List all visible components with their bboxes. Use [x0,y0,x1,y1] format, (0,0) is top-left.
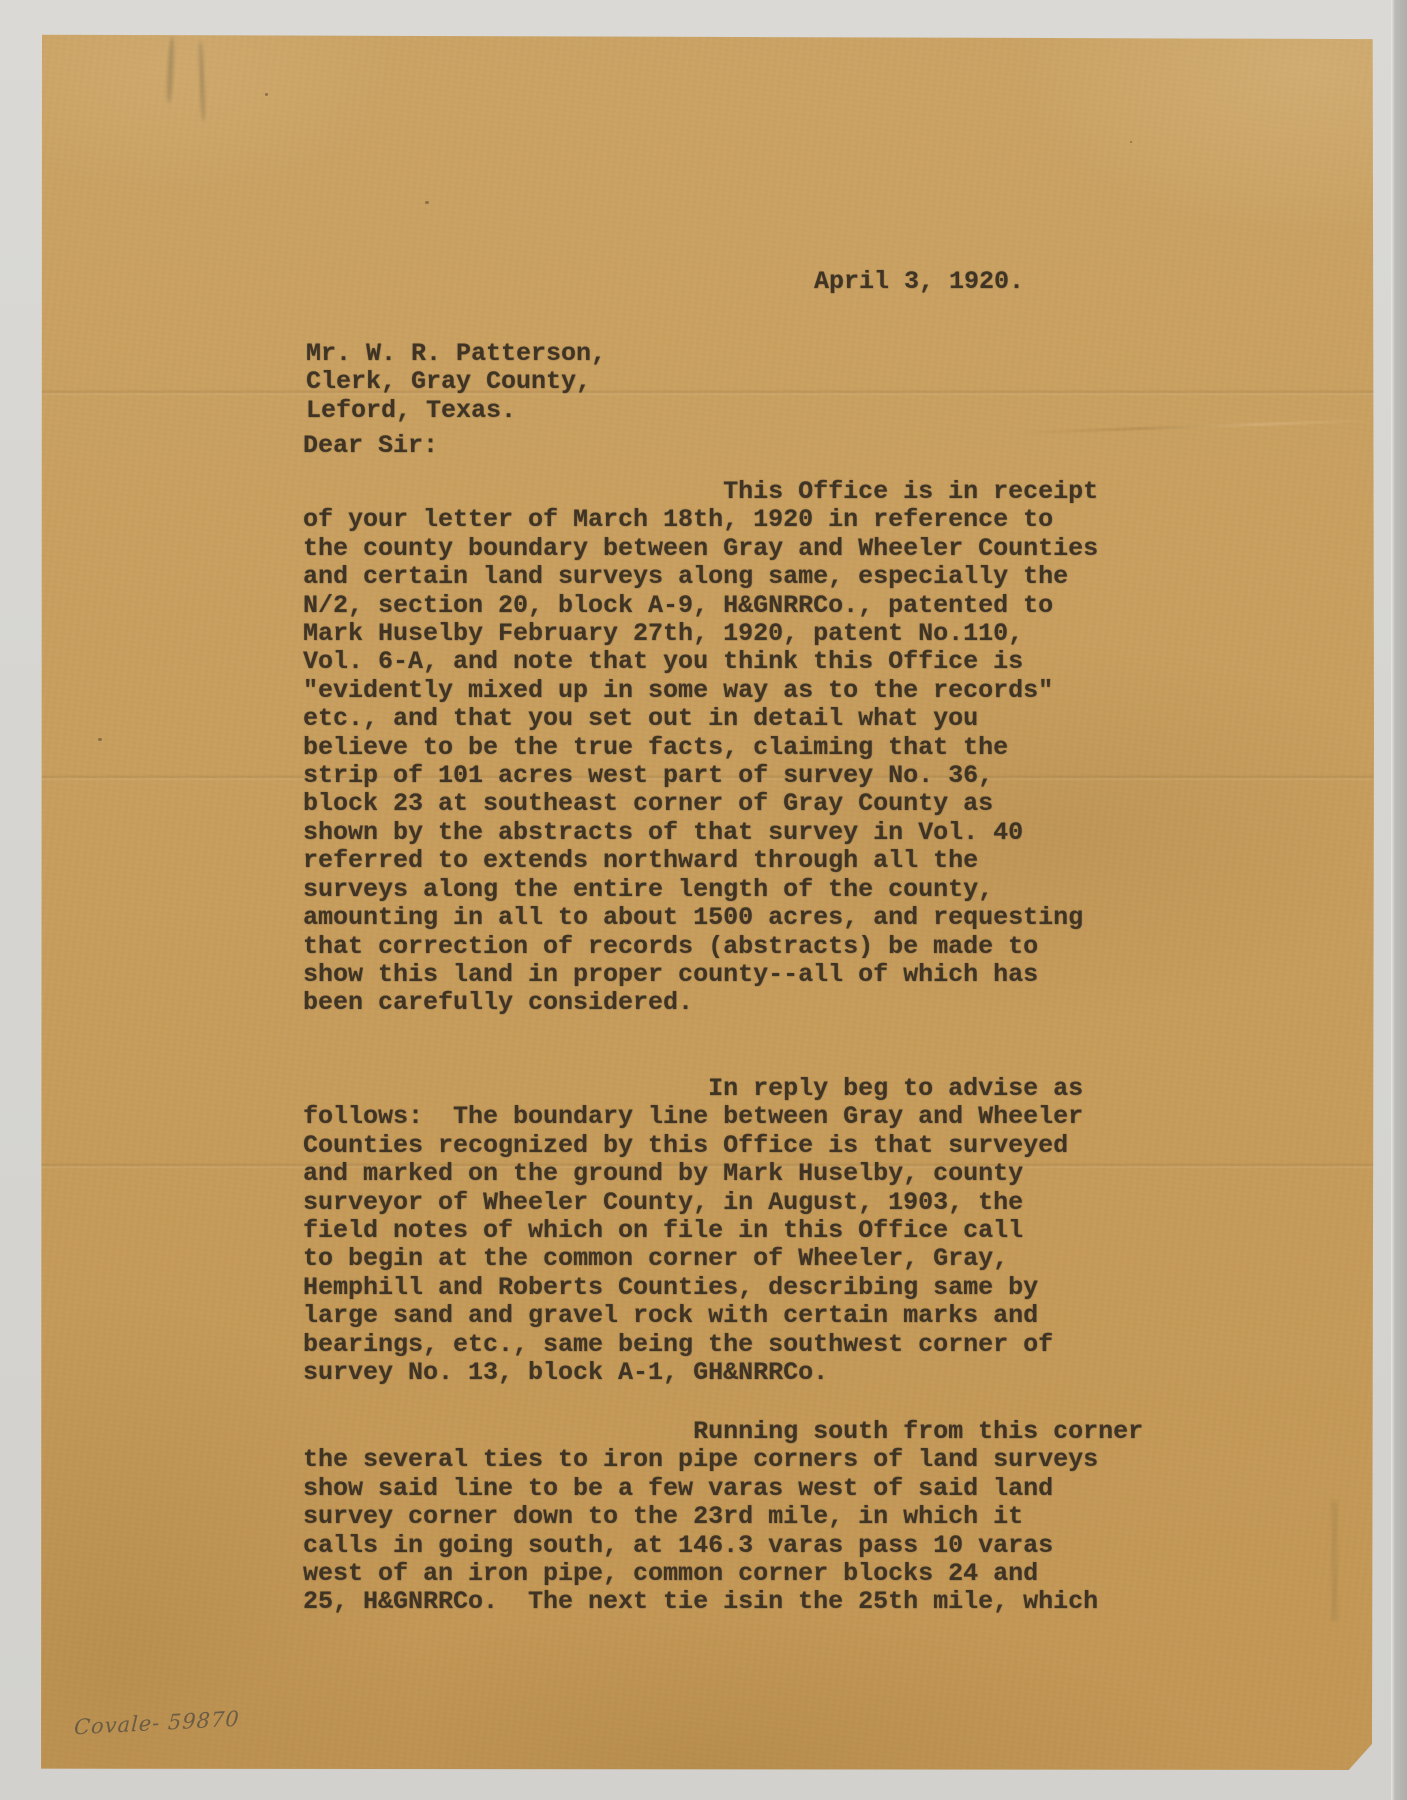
recipient-address: Mr. W. R. Patterson,Clerk, Gray County,L… [306,340,606,425]
letter-paragraph: Running south from this cornerthe severa… [303,1418,1143,1617]
text-line: large sand and gravel rock with certain … [303,1302,1083,1330]
text-line: surveyor of Wheeler County, in August, 1… [303,1189,1083,1217]
letter-paragraph: In reply beg to advise asfollows: The bo… [303,1075,1083,1387]
text-line: to begin at the common corner of Wheeler… [303,1245,1083,1273]
letter-page: April 3, 1920. Mr. W. R. Patterson,Clerk… [40,33,1374,1770]
text-line: of your letter of March 18th, 1920 in re… [303,506,1098,534]
scanner-edge [1391,0,1407,1800]
text-line: that correction of records (abstracts) b… [303,933,1098,961]
text-line: been carefully considered. [303,989,1098,1017]
text-line: the several ties to iron pipe corners of… [303,1446,1143,1474]
text-line: This Office is in receipt [303,478,1098,506]
letter-date: April 3, 1920. [814,268,1024,296]
text-line: the county boundary between Gray and Whe… [303,535,1098,563]
text-line: Running south from this corner [303,1418,1143,1446]
text-line: Mr. W. R. Patterson, [306,340,606,368]
letter-content: April 3, 1920. Mr. W. R. Patterson,Clerk… [40,33,1374,1770]
text-line: and certain land surveys along same, esp… [303,563,1098,591]
text-line: Vol. 6-A, and note that you think this O… [303,648,1098,676]
text-line: Clerk, Gray County, [306,368,606,396]
text-line: Leford, Texas. [306,397,606,425]
text-line: referred to extends northward through al… [303,847,1098,875]
text-line: etc., and that you set out in detail wha… [303,705,1098,733]
scan-background: { "colors": { "paper": "#c89f5f", "ink":… [0,0,1407,1800]
text-line: believe to be the true facts, claiming t… [303,734,1098,762]
text-line: In reply beg to advise as [303,1075,1083,1103]
text-line: show this land in proper county--all of … [303,961,1098,989]
text-line: west of an iron pipe, common corner bloc… [303,1560,1143,1588]
text-line: survey No. 13, block A-1, GH&NRRCo. [303,1359,1083,1387]
text-line: "evidently mixed up in some way as to th… [303,677,1098,705]
text-line: follows: The boundary line between Gray … [303,1103,1083,1131]
salutation: Dear Sir: [303,432,438,460]
text-line: show said line to be a few varas west of… [303,1475,1143,1503]
text-line: 25, H&GNRRCo. The next tie isin the 25th… [303,1588,1143,1616]
text-line: Hemphill and Roberts Counties, describin… [303,1274,1083,1302]
text-line: calls in going south, at 146.3 varas pas… [303,1532,1143,1560]
text-line: shown by the abstracts of that survey in… [303,819,1098,847]
text-line: bearings, etc., same being the southwest… [303,1331,1083,1359]
text-line: Mark Huselby February 27th, 1920, patent… [303,620,1098,648]
text-line: and marked on the ground by Mark Huselby… [303,1160,1083,1188]
text-line: field notes of which on file in this Off… [303,1217,1083,1245]
document-scan: April 3, 1920. Mr. W. R. Patterson,Clerk… [0,0,1407,1800]
text-line: strip of 101 acres west part of survey N… [303,762,1098,790]
text-line: block 23 at southeast corner of Gray Cou… [303,790,1098,818]
text-line: surveys along the entire length of the c… [303,876,1098,904]
letter-paragraph: This Office is in receiptof your letter … [303,478,1098,1018]
text-line: Counties recognized by this Office is th… [303,1132,1083,1160]
text-line: amounting in all to about 1500 acres, an… [303,904,1098,932]
text-line: survey corner down to the 23rd mile, in … [303,1503,1143,1531]
text-line: N/2, section 20, block A-9, H&GNRRCo., p… [303,592,1098,620]
